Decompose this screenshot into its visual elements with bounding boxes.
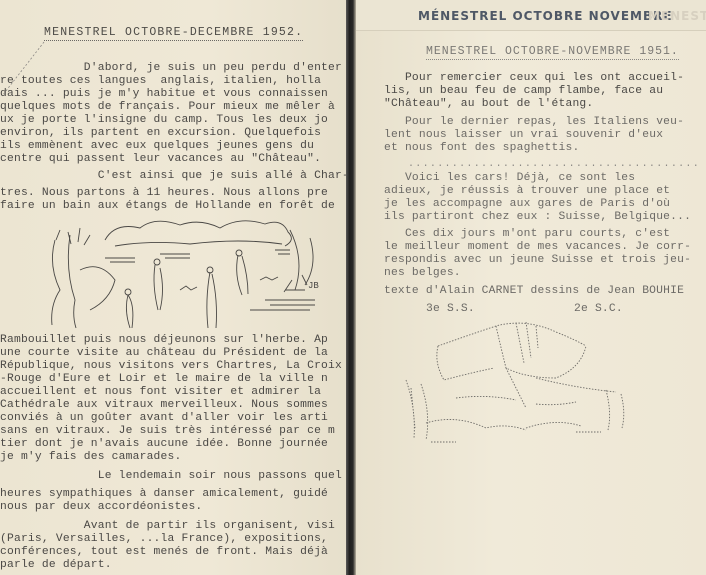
text-line: Ces dix jours m'ont paru courts, c'est bbox=[384, 228, 670, 241]
text-line: je m'y fais des camarades. bbox=[0, 451, 181, 464]
text-line: ils emmènent avec eux quelques jeunes ge… bbox=[0, 140, 314, 153]
class-label-1: 3e S.S. bbox=[426, 303, 475, 316]
text-line: Cathédrale aux vitraux merveilleux. Nous… bbox=[0, 399, 328, 412]
text-line: conférences, tout est menés de front. Ma… bbox=[0, 546, 328, 559]
text-line: "Château", au bout de l'étang. bbox=[384, 98, 593, 111]
text-line: centre qui passent leur vacances au "Châ… bbox=[0, 153, 321, 166]
text-line: ils partiront chez eux : Suisse, Belgiqu… bbox=[384, 211, 691, 224]
text-line: C'est ainsi que je suis allé à Char- bbox=[0, 170, 348, 183]
dotted-separator: ........................................ bbox=[408, 159, 700, 170]
text-line: une courte visite au château du Présiden… bbox=[0, 347, 328, 360]
text-line: D'abord, je suis un peu perdu d'enter bbox=[0, 62, 342, 75]
text-line: quelques mots de français. Pour mieux me… bbox=[0, 101, 335, 114]
right-page-title: MENESTREL OCTOBRE-NOVEMBRE 1951. bbox=[426, 45, 679, 60]
text-line: conviés à un goûter avant d'aller voir l… bbox=[0, 412, 328, 425]
text-line: lent nous laisser un vrai souvenir d'eux bbox=[384, 129, 663, 142]
text-line: ux je porte l'insigne du camp. Tous les … bbox=[0, 114, 328, 127]
text-line: respondis avec un jeune Suisse et trois … bbox=[384, 254, 691, 267]
text-line: parle de départ. bbox=[0, 559, 112, 572]
text-line: Avant de partir ils organisent, visi bbox=[0, 520, 335, 533]
text-line: nous par deux accordéonistes. bbox=[0, 501, 202, 514]
credits-line: texte d'Alain CARNET dessins de Jean BOU… bbox=[370, 285, 684, 298]
text-line: Pour le dernier repas, les Italiens veu- bbox=[384, 116, 684, 129]
text-line: (Paris, Versailles, ...la France), expos… bbox=[0, 533, 328, 546]
class-label-2: 2e S.C. bbox=[574, 303, 623, 316]
forest-pond-illustration: JB bbox=[20, 210, 330, 330]
text-line: environ, ils partent en excursion. Quelq… bbox=[0, 127, 321, 140]
left-page: MENESTREL OCTOBRE-DECEMBRE 1952. D'abord… bbox=[0, 0, 348, 575]
text-line: je les accompagne aux gares de Paris d'o… bbox=[384, 198, 670, 211]
text-line: lis, un beau feu de camp flambe, face au bbox=[384, 85, 663, 98]
text-line: Pour remercier ceux qui les ont accueil- bbox=[384, 72, 684, 85]
text-line: nes belges. bbox=[384, 267, 461, 280]
text-line: dais ... puis je m'y habitue et vous con… bbox=[0, 88, 328, 101]
text-line: République, nous visitons vers Chartres,… bbox=[0, 360, 342, 373]
book-spine bbox=[346, 0, 356, 575]
header-ghost-text: MENESTR bbox=[648, 9, 706, 23]
text-line: sans en vitraux. Je suis très intéressé … bbox=[0, 425, 335, 438]
svg-text:JB: JB bbox=[308, 281, 319, 291]
text-line: le meilleur moment de mes vacances. Je c… bbox=[384, 241, 691, 254]
text-line: accueillent et nous font visiter et admi… bbox=[0, 386, 321, 399]
text-line: Voici les cars! Déjà, ce sont les bbox=[384, 172, 635, 185]
text-line: heures sympathiques à danser amicalement… bbox=[0, 488, 328, 501]
text-line: tier dont je n'avais aucune idée. Bonne … bbox=[0, 438, 328, 451]
text-line: tres. Nous partons à 11 heures. Nous all… bbox=[0, 187, 328, 200]
right-page: MÉNESTREL OCTOBRE NOVEMBRE MENESTR MENES… bbox=[356, 0, 706, 575]
left-page-title: MENESTREL OCTOBRE-DECEMBRE 1952. bbox=[44, 26, 303, 41]
text-line: adieux, je réussis à trouver une place e… bbox=[384, 185, 670, 198]
text-line: re toutes ces langues anglais, italien, … bbox=[0, 75, 321, 88]
tent-campfire-illustration bbox=[376, 318, 656, 458]
text-line: et nous font des spaghettis. bbox=[384, 142, 579, 155]
right-page-header: MÉNESTREL OCTOBRE NOVEMBRE MENESTR bbox=[356, 0, 706, 31]
text-line: -Rouge d'Eure et Loir et le maire de la … bbox=[0, 373, 328, 386]
header-title: MÉNESTREL OCTOBRE NOVEMBRE bbox=[418, 9, 673, 23]
text-line: Le lendemain soir nous passons quel bbox=[0, 470, 342, 483]
text-line: Rambouillet puis nous déjeunons sur l'he… bbox=[0, 334, 328, 347]
